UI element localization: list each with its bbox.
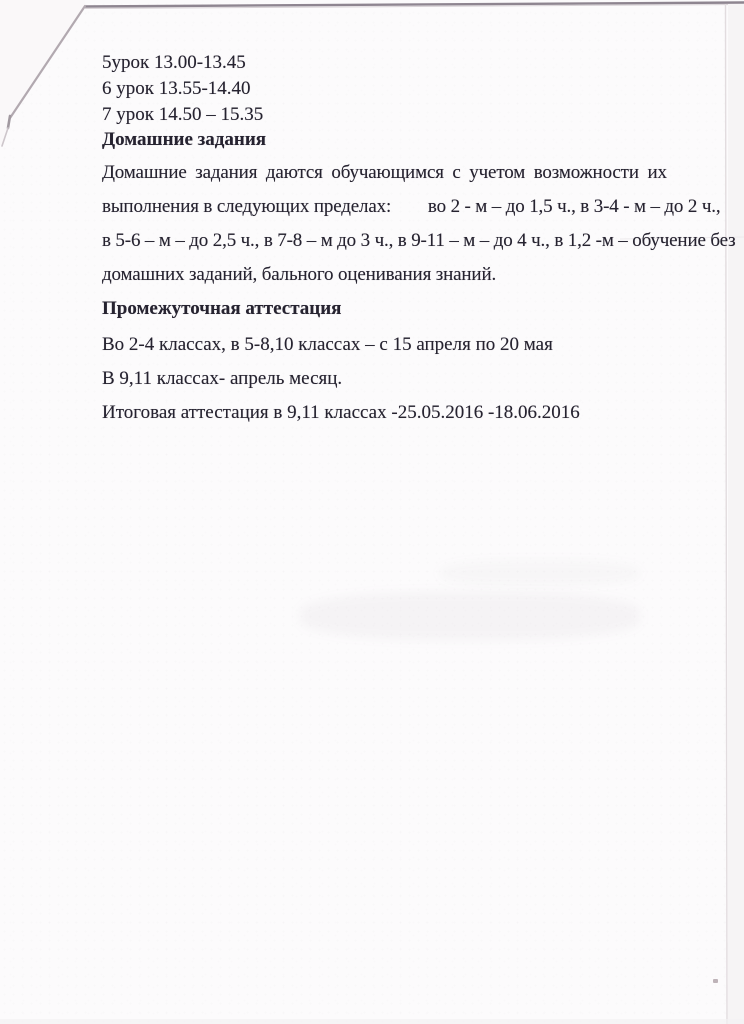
attestation-line: Во 2-4 классах, в 5-8,10 классах – с 15 … xyxy=(102,328,599,362)
attestation-line: Итоговая аттестация в 9,11 классах -25.0… xyxy=(102,396,599,430)
homework-section-heading: Домашние задания xyxy=(102,128,599,152)
homework-paragraph: Домашние задания даются обучающимся с уч… xyxy=(102,156,599,292)
bottom-scan-shade xyxy=(0,1019,744,1024)
scanner-background-top xyxy=(85,0,744,3)
right-scanner-strip xyxy=(728,4,744,1024)
corner-fold-crease xyxy=(2,128,8,146)
scan-speck xyxy=(713,979,718,983)
lesson-5-time: 5урок 13.00-13.45 xyxy=(102,50,599,76)
lesson-6-time: 6 урок 13.55-14.40 xyxy=(102,76,599,102)
top-paper-edge-shadow xyxy=(85,5,744,9)
bleed-through-smudge xyxy=(300,592,640,640)
homework-paragraph-line: в 5-6 – м – до 2,5 ч., в 7-8 – м до 3 ч.… xyxy=(102,224,599,258)
attestation-paragraph: Во 2-4 классах, в 5-8,10 классах – с 15 … xyxy=(102,328,599,430)
bleed-through-smudge xyxy=(440,560,640,586)
attestation-section-heading: Промежуточная аттестация xyxy=(102,292,599,326)
scanner-background-corner xyxy=(0,0,85,145)
lesson-7-time: 7 урок 14.50 – 15.35 xyxy=(102,102,599,128)
homework-paragraph-line: выполнения в следующих пределах: во 2 - … xyxy=(102,190,599,224)
corner-fold-line xyxy=(10,6,85,118)
scanned-document-page: 5урок 13.00-13.45 6 урок 13.55-14.40 7 у… xyxy=(0,0,744,1024)
corner-fold-tip xyxy=(8,116,10,128)
attestation-line: В 9,11 классах- апрель месяц. xyxy=(102,362,599,396)
document-content: 5урок 13.00-13.45 6 урок 13.55-14.40 7 у… xyxy=(102,50,599,430)
homework-paragraph-line: Домашние задания даются обучающимся с уч… xyxy=(102,156,599,190)
homework-paragraph-line: домашних заданий, бального оценивания зн… xyxy=(102,258,599,292)
top-paper-edge-line xyxy=(85,3,744,7)
right-paper-edge-line xyxy=(726,4,728,1024)
